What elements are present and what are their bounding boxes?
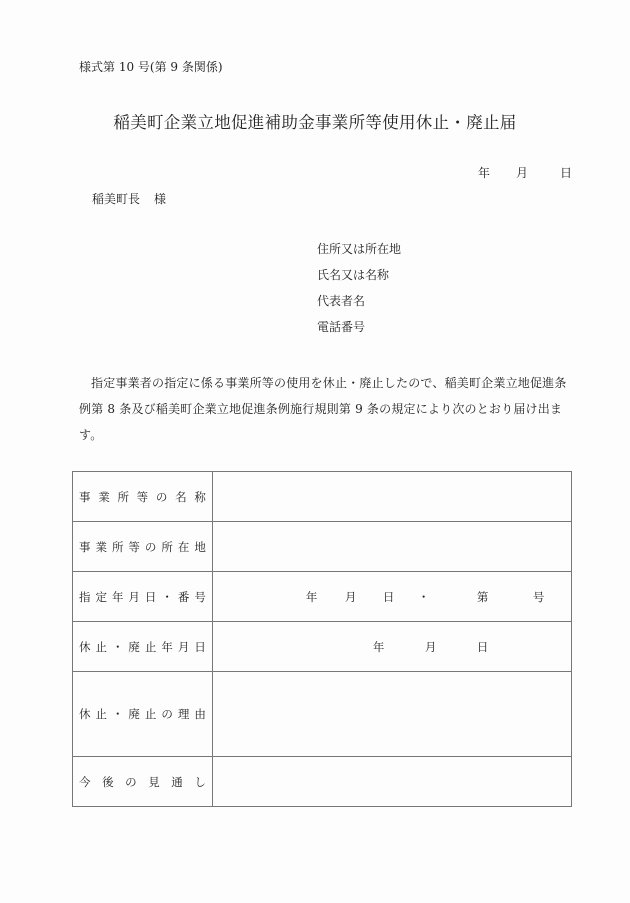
facility-location-label: 事業所等の所在地 [73,522,213,572]
facility-name-label: 事業所等の名称 [73,472,213,522]
suspension-year-label: 年 [373,639,385,655]
designation-separator: ・ [418,589,430,605]
suspension-month-label: 月 [425,639,437,655]
suspension-day-label: 日 [477,639,489,655]
future-outlook-field[interactable] [212,757,571,807]
table-row-facility-location: 事業所等の所在地 [73,522,572,572]
addressee-name: 稲美町長 [92,192,140,206]
designation-year-label: 年 [306,589,318,605]
suspension-date-field[interactable]: 年 月 日 [212,622,571,672]
facility-name-field[interactable] [212,472,571,522]
suspension-reason-label: 休止・廃止の理由 [73,672,213,757]
date-day-label: 日 [560,164,572,181]
notification-body: 指定事業者の指定に係る事業所等の使用を休止・廃止したので、稲美町企業立地促進条例… [79,370,571,448]
applicant-representative-label: 代表者名 [317,293,401,319]
suspension-reason-field[interactable] [212,672,571,757]
form-number: 様式第 10 号(第 9 条関係) [79,58,223,75]
submission-date: 年 月 日 [478,164,572,181]
applicant-name-label: 氏名又は名称 [317,267,401,293]
facility-location-field[interactable] [212,522,571,572]
addressee: 稲美町長様 [92,190,166,207]
applicant-phone-label: 電話番号 [317,319,401,345]
date-year-label: 年 [478,164,516,181]
future-outlook-label: 今後の見通し [73,757,213,807]
date-month-label: 月 [516,164,560,181]
suspension-date-label: 休止・廃止年月日 [73,622,213,672]
designation-month-label: 月 [345,589,357,605]
notification-form-table: 事業所等の名称 事業所等の所在地 指定年月日・番号 年 月 日 ・ 第 号 休止… [72,471,572,807]
document-title: 稲美町企業立地促進補助金事業所等使用休止・廃止届 [0,109,630,133]
designation-day-label: 日 [383,589,395,605]
table-row-facility-name: 事業所等の名称 [73,472,572,522]
addressee-honorific: 様 [154,192,166,206]
table-row-suspension-date: 休止・廃止年月日 年 月 日 [73,622,572,672]
table-row-outlook: 今後の見通し [73,757,572,807]
table-row-reason: 休止・廃止の理由 [73,672,572,757]
applicant-address-label: 住所又は所在地 [317,241,401,267]
designation-no-suffix: 号 [533,589,545,605]
table-row-designation: 指定年月日・番号 年 月 日 ・ 第 号 [73,572,572,622]
applicant-block: 住所又は所在地 氏名又は名称 代表者名 電話番号 [317,241,401,345]
designation-no-prefix: 第 [477,589,489,605]
designation-date-number-field[interactable]: 年 月 日 ・ 第 号 [212,572,571,622]
designation-date-number-label: 指定年月日・番号 [73,572,213,622]
